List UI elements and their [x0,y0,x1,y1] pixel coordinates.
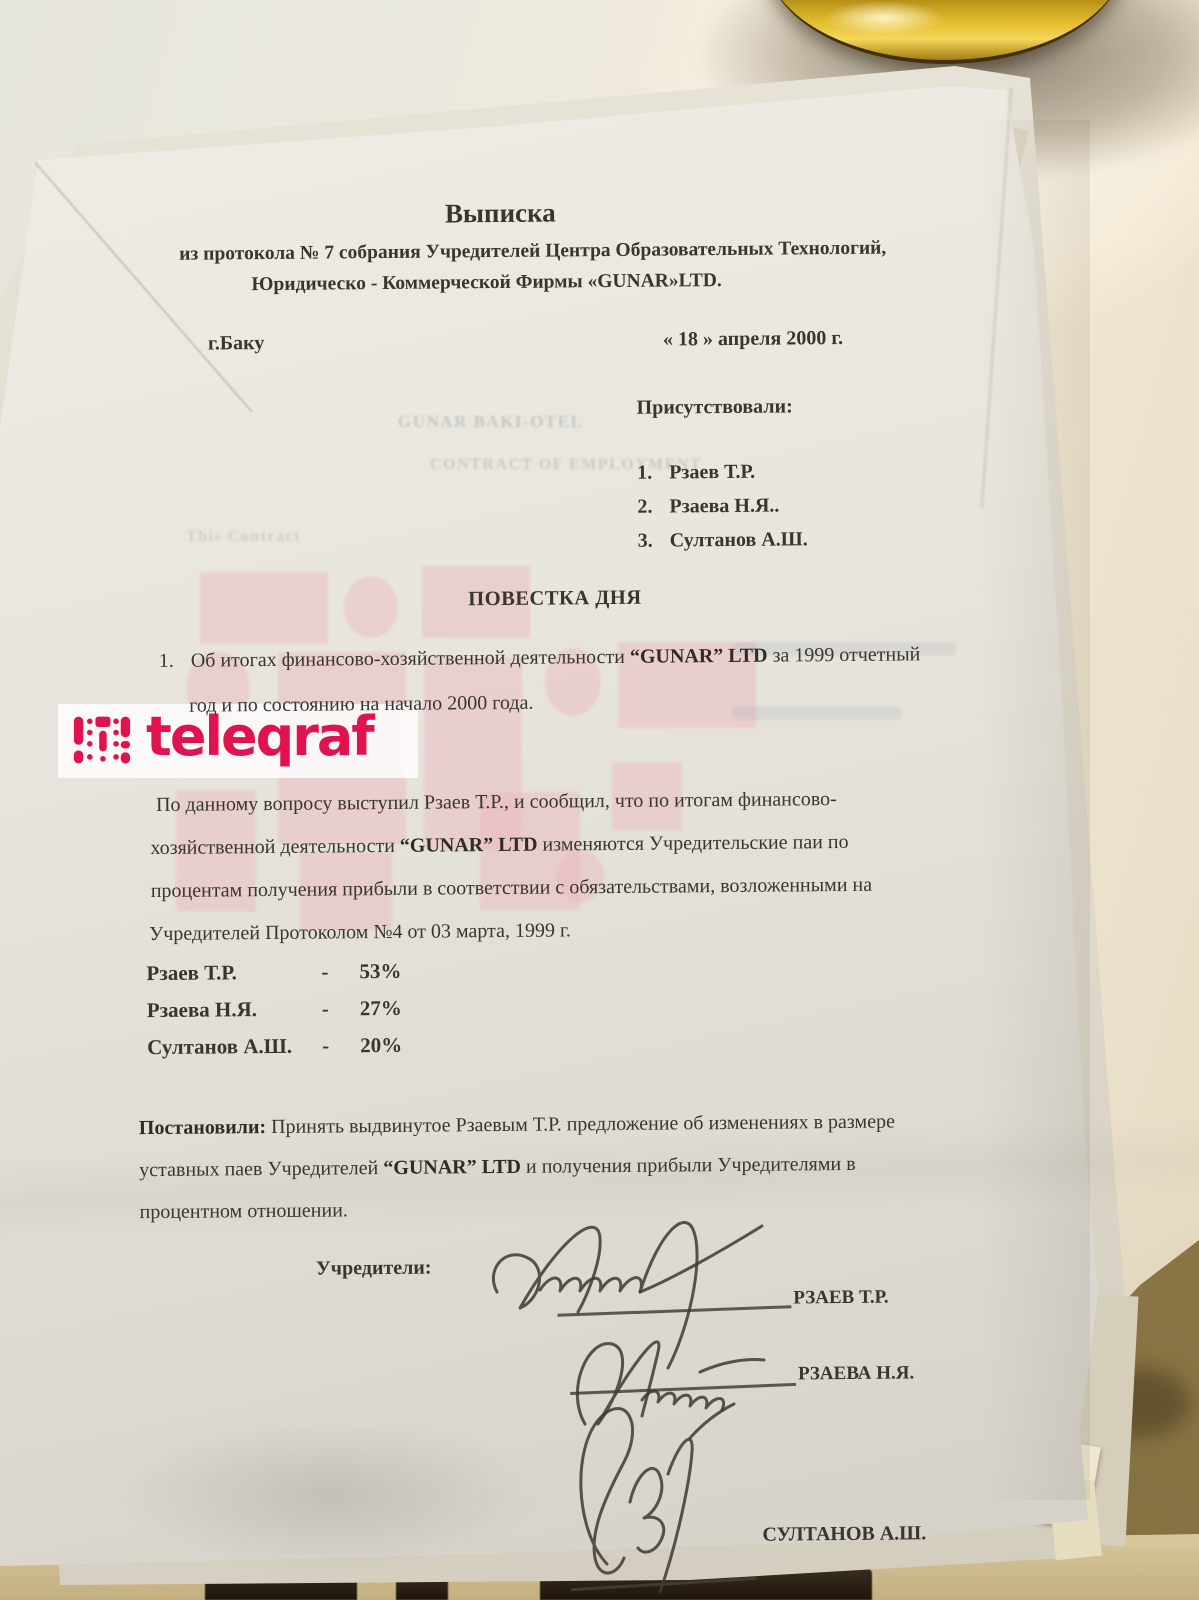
signatures [0,0,1199,1600]
signature-rzaev-tr [493,1222,762,1368]
photo-scene: GUNAR BAKI-OTEL CONTRACT OF EMPLOYMENT T… [0,0,1199,1600]
signature-sultanov-ash [581,1404,734,1592]
